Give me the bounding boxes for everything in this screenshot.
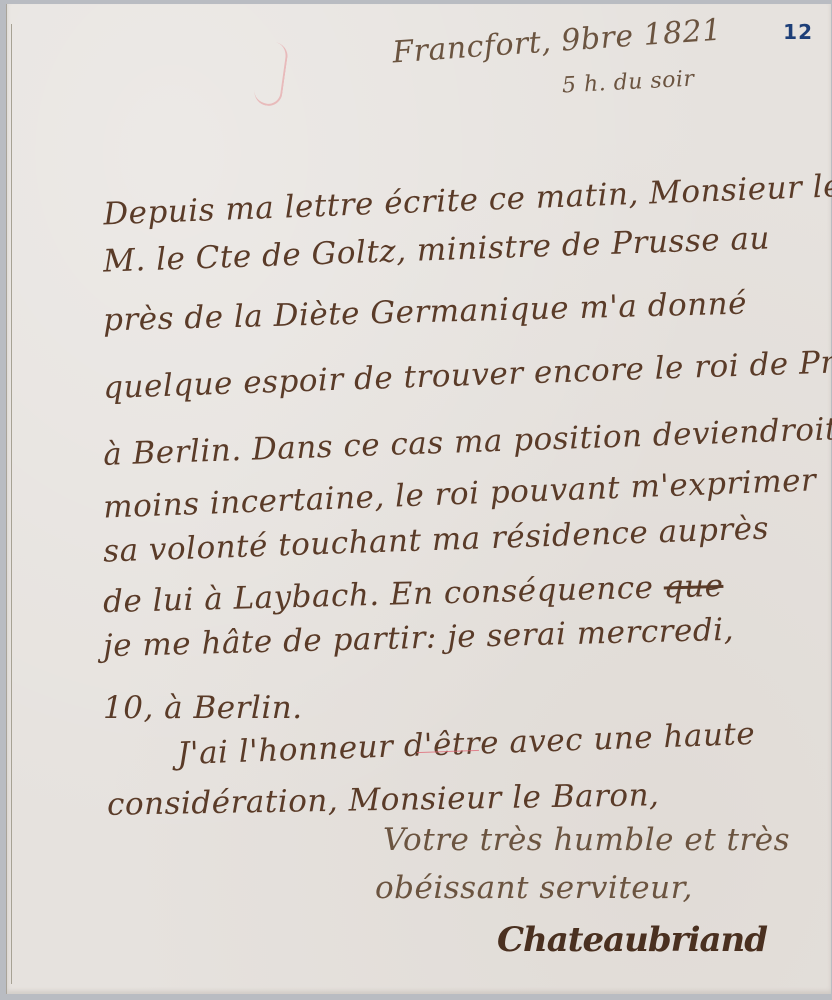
time-line: 5 h. du soir — [561, 67, 695, 99]
body-line-2: M. le Cte de Goltz, ministre de Prusse a… — [103, 220, 771, 279]
signature: Chateaubriand — [497, 920, 767, 960]
dateline: Francfort, 9bre 1821 — [391, 13, 723, 71]
body-line-5: à Berlin. Dans ce cas ma position devien… — [103, 411, 832, 473]
red-pencil-mark — [253, 40, 290, 107]
page-edge-rule — [11, 24, 12, 984]
body-line-4: quelque espoir de trouver encore le roi … — [103, 342, 832, 406]
struck-word: que — [663, 568, 724, 606]
body-line-9: je me hâte de partir: je serai mercredi, — [103, 612, 735, 665]
letter-page: 12 Francfort, 9bre 1821 5 h. du soir Dep… — [6, 4, 831, 994]
body-line-10: 10, à Berlin. — [103, 690, 303, 726]
body-line-8-text: de lui à Laybach. En conséquence — [103, 570, 654, 620]
folio-number: 12 — [783, 20, 813, 44]
closing-line-2: considération, Monsieur le Baron, — [107, 777, 660, 823]
closing-line-3: Votre très humble et très — [383, 822, 790, 858]
body-line-3: près de la Diète Germanique m'a donné — [103, 286, 748, 339]
closing-line-4: obéissant serviteur, — [375, 870, 693, 906]
body-line-8: de lui à Laybach. En conséquence que — [103, 568, 724, 620]
